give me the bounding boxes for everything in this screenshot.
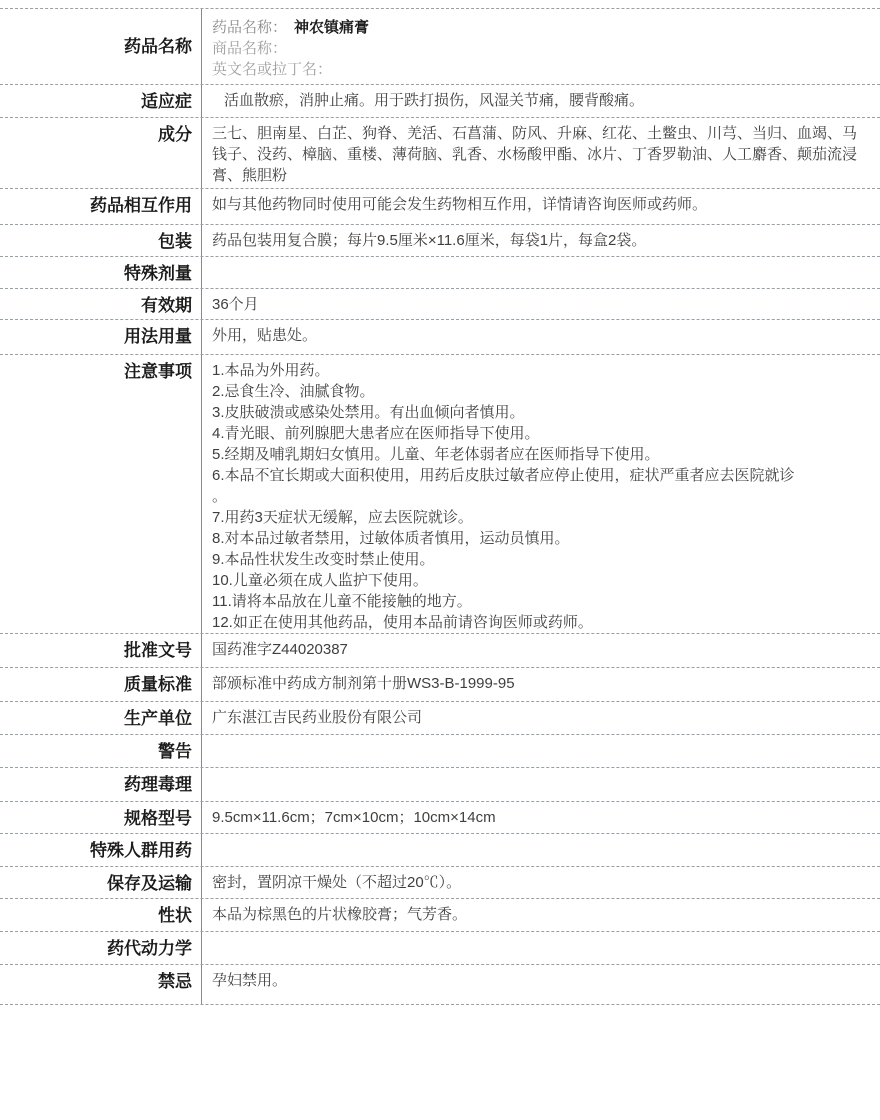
- english-name-value: [332, 61, 339, 78]
- row-label-precautions: 注意事项: [0, 355, 202, 633]
- row-label-pharmacokinetics: 药代动力学: [0, 932, 202, 964]
- row-label-contraindications: 禁忌: [0, 965, 202, 1004]
- table-row-manufacturer: 生产单位 广东湛江吉民药业股份有限公司: [0, 702, 880, 735]
- table-row-indications: 适应症 活血散瘀，消肿止痛。用于跌打损伤，风湿关节痛，腰背酸痛。: [0, 85, 880, 118]
- row-value-quality-standard: 部颁标准中药成方制剂第十册WS3-B-1999-95: [202, 668, 880, 701]
- precaution-item: 11.请将本品放在儿童不能接触的地方。: [212, 591, 868, 612]
- precaution-item: 10.儿童必须在成人监护下使用。: [212, 570, 868, 591]
- row-value-contraindications: 孕妇禁用。: [202, 965, 880, 1004]
- table-row-quality-standard: 质量标准 部颁标准中药成方制剂第十册WS3-B-1999-95: [0, 668, 880, 702]
- row-label-drug-name: 药品名称: [0, 9, 202, 84]
- row-label-indications: 适应症: [0, 85, 202, 117]
- precaution-item: 8.对本品过敏者禁用，过敏体质者慎用，运动员慎用。: [212, 528, 868, 549]
- table-row-drug-name: 药品名称 药品名称：神农镇痛膏 商品名称： 英文名或拉丁名：: [0, 9, 880, 85]
- row-value-usage-dosage: 外用，贴患处。: [202, 320, 880, 354]
- table-row-approval-number: 批准文号 国药准字Z44020387: [0, 634, 880, 668]
- row-value-precautions: 1.本品为外用药。 2.忌食生冷、油腻食物。 3.皮肤破溃或感染处禁用。有出血倾…: [202, 355, 880, 633]
- row-label-specification: 规格型号: [0, 802, 202, 833]
- precaution-item: 1.本品为外用药。: [212, 360, 868, 381]
- precaution-item: 5.经期及哺乳期妇女慎用。儿童、年老体弱者应在医师指导下使用。: [212, 444, 868, 465]
- english-name-line: 英文名或拉丁名：: [212, 59, 868, 80]
- precaution-item-wrap: 。: [212, 486, 868, 507]
- precaution-item: 2.忌食生冷、油腻食物。: [212, 381, 868, 402]
- table-row-drug-interactions: 药品相互作用 如与其他药物同时使用可能会发生药物相互作用，详情请咨询医师或药师。: [0, 189, 880, 225]
- row-value-storage-transport: 密封，置阴凉干燥处（不超过20℃）。: [202, 867, 880, 898]
- row-label-manufacturer: 生产单位: [0, 702, 202, 734]
- row-value-special-dosage: [202, 257, 880, 288]
- row-label-approval-number: 批准文号: [0, 634, 202, 667]
- precaution-item: 7.用药3天症状无缓解，应去医院就诊。: [212, 507, 868, 528]
- row-label-drug-interactions: 药品相互作用: [0, 189, 202, 224]
- row-label-warning: 警告: [0, 735, 202, 767]
- row-value-pharmacology-toxicology: [202, 768, 880, 801]
- table-row-contraindications: 禁忌 孕妇禁用。: [0, 965, 880, 1005]
- table-row-precautions: 注意事项 1.本品为外用药。 2.忌食生冷、油腻食物。 3.皮肤破溃或感染处禁用…: [0, 355, 880, 634]
- table-row-usage-dosage: 用法用量 外用，贴患处。: [0, 320, 880, 355]
- table-row-special-populations: 特殊人群用药: [0, 834, 880, 867]
- english-name-prefix: 英文名或拉丁名：: [212, 61, 332, 78]
- precaution-item: 6.本品不宜长期或大面积使用，用药后皮肤过敏者应停止使用，症状严重者应去医院就诊: [212, 465, 868, 486]
- row-value-drug-name: 药品名称：神农镇痛膏 商品名称： 英文名或拉丁名：: [202, 9, 880, 84]
- trade-name-line: 商品名称：: [212, 38, 868, 59]
- row-label-shelf-life: 有效期: [0, 289, 202, 319]
- row-label-storage-transport: 保存及运输: [0, 867, 202, 898]
- row-value-ingredients: 三七、胆南星、白芷、狗脊、羌活、石菖蒲、防风、升麻、红花、土鳖虫、川芎、当归、血…: [202, 118, 880, 188]
- row-value-pharmacokinetics: [202, 932, 880, 964]
- row-value-specification: 9.5cm×11.6cm；7cm×10cm；10cm×14cm: [202, 802, 880, 833]
- generic-name-line: 药品名称：神农镇痛膏: [212, 17, 868, 38]
- row-value-drug-interactions: 如与其他药物同时使用可能会发生药物相互作用，详情请咨询医师或药师。: [202, 189, 880, 224]
- row-label-special-populations: 特殊人群用药: [0, 834, 202, 866]
- table-row-specification: 规格型号 9.5cm×11.6cm；7cm×10cm；10cm×14cm: [0, 802, 880, 834]
- row-value-packaging: 药品包装用复合膜；每片9.5厘米×11.6厘米，每袋1片，每盒2袋。: [202, 225, 880, 256]
- generic-name-prefix: 药品名称：: [212, 19, 287, 36]
- table-row-special-dosage: 特殊剂量: [0, 257, 880, 289]
- row-label-ingredients: 成分: [0, 118, 202, 188]
- drug-info-table: 药品名称 药品名称：神农镇痛膏 商品名称： 英文名或拉丁名： 适应症 活血散瘀，…: [0, 8, 880, 1005]
- precaution-item: 4.青光眼、前列腺肥大患者应在医师指导下使用。: [212, 423, 868, 444]
- table-row-pharmacology-toxicology: 药理毒理: [0, 768, 880, 802]
- table-row-storage-transport: 保存及运输 密封，置阴凉干燥处（不超过20℃）。: [0, 867, 880, 899]
- row-label-packaging: 包装: [0, 225, 202, 256]
- drug-name-value: 神农镇痛膏: [287, 19, 369, 36]
- trade-name-value: [287, 40, 294, 57]
- row-label-description: 性状: [0, 899, 202, 931]
- precaution-item: 9.本品性状发生改变时禁止使用。: [212, 549, 868, 570]
- table-row-warning: 警告: [0, 735, 880, 768]
- row-label-special-dosage: 特殊剂量: [0, 257, 202, 288]
- table-row-pharmacokinetics: 药代动力学: [0, 932, 880, 965]
- table-row-shelf-life: 有效期 36个月: [0, 289, 880, 320]
- row-value-shelf-life: 36个月: [202, 289, 880, 319]
- row-label-quality-standard: 质量标准: [0, 668, 202, 701]
- row-value-warning: [202, 735, 880, 767]
- row-label-usage-dosage: 用法用量: [0, 320, 202, 354]
- table-row-packaging: 包装 药品包装用复合膜；每片9.5厘米×11.6厘米，每袋1片，每盒2袋。: [0, 225, 880, 257]
- row-label-pharmacology-toxicology: 药理毒理: [0, 768, 202, 801]
- row-value-approval-number: 国药准字Z44020387: [202, 634, 880, 667]
- trade-name-prefix: 商品名称：: [212, 40, 287, 57]
- table-row-ingredients: 成分 三七、胆南星、白芷、狗脊、羌活、石菖蒲、防风、升麻、红花、土鳖虫、川芎、当…: [0, 118, 880, 189]
- row-value-description: 本品为棕黑色的片状橡胶膏；气芳香。: [202, 899, 880, 931]
- row-value-indications: 活血散瘀，消肿止痛。用于跌打损伤，风湿关节痛，腰背酸痛。: [202, 85, 880, 117]
- row-value-special-populations: [202, 834, 880, 866]
- precaution-item: 3.皮肤破溃或感染处禁用。有出血倾向者慎用。: [212, 402, 868, 423]
- row-value-manufacturer: 广东湛江吉民药业股份有限公司: [202, 702, 880, 734]
- precaution-item: 12.如正在使用其他药品，使用本品前请咨询医师或药师。: [212, 612, 868, 633]
- table-row-description: 性状 本品为棕黑色的片状橡胶膏；气芳香。: [0, 899, 880, 932]
